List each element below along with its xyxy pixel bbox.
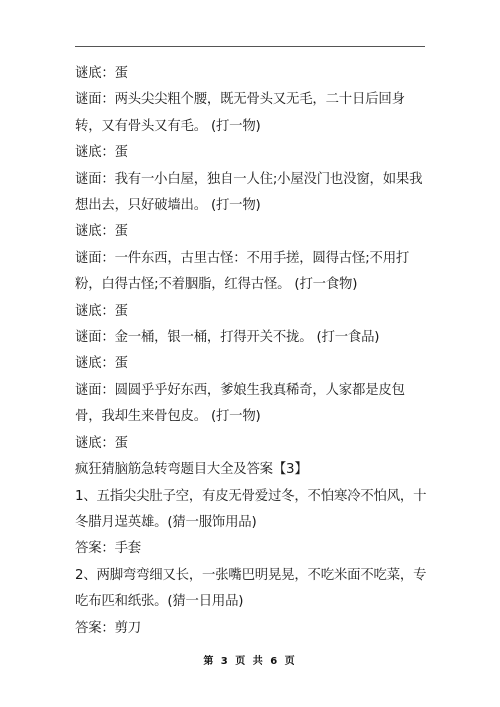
riddle-answer: 谜底：蛋 xyxy=(75,140,430,166)
riddle-question: 谜面：金一桶，银一桶，打得开关不拢。 (打一食品) xyxy=(75,325,430,351)
riddle-answer: 谜底：蛋 xyxy=(75,61,430,87)
riddle-answer: 谜底：蛋 xyxy=(75,299,430,325)
riddle-answer: 谜底：蛋 xyxy=(75,351,430,377)
brain-teaser-question: 2、两脚弯弯细又长，一张嘴巴明晃晃，不吃米面不吃菜，专吃布匹和纸张。(猜一日用品… xyxy=(75,563,430,616)
page-number-footer: 第 3 页 共 6 页 xyxy=(0,652,500,667)
document-page: 谜底：蛋 谜面：两头尖尖粗个腰，既无骨头又无毛，二十日后回身转，又有骨头又有毛。… xyxy=(0,0,500,707)
brain-teaser-question: 1、五指尖尖肚子空，有皮无骨爱过冬，不怕寒冷不怕风，十冬腊月逞英雄。(猜一服饰用… xyxy=(75,484,430,537)
riddle-question: 谜面：两头尖尖粗个腰，既无骨头又无毛，二十日后回身转，又有骨头又有毛。 (打一物… xyxy=(75,87,430,140)
riddle-question: 谜面：圆圆乎乎好东西，爹娘生我真稀奇，人家都是皮包骨，我却生来骨包皮。 (打一物… xyxy=(75,378,430,431)
header-divider xyxy=(75,46,425,47)
document-body: 谜底：蛋 谜面：两头尖尖粗个腰，既无骨头又无毛，二十日后回身转，又有骨头又有毛。… xyxy=(75,61,430,642)
riddle-question: 谜面：一件东西，古里古怪：不用手搓，圆得古怪;不用打粉，白得古怪;不着胭脂，红得… xyxy=(75,246,430,299)
brain-teaser-answer: 答案：手套 xyxy=(75,536,430,562)
riddle-answer: 谜底：蛋 xyxy=(75,219,430,245)
section-heading: 疯狂猜脑筋急转弯题目大全及答案【3】 xyxy=(75,457,430,483)
riddle-answer: 谜底：蛋 xyxy=(75,431,430,457)
riddle-question: 谜面：我有一小白屋，独自一人住;小屋没门也没窗，如果我想出去，只好破墙出。 (打… xyxy=(75,167,430,220)
brain-teaser-answer: 答案：剪刀 xyxy=(75,616,430,642)
